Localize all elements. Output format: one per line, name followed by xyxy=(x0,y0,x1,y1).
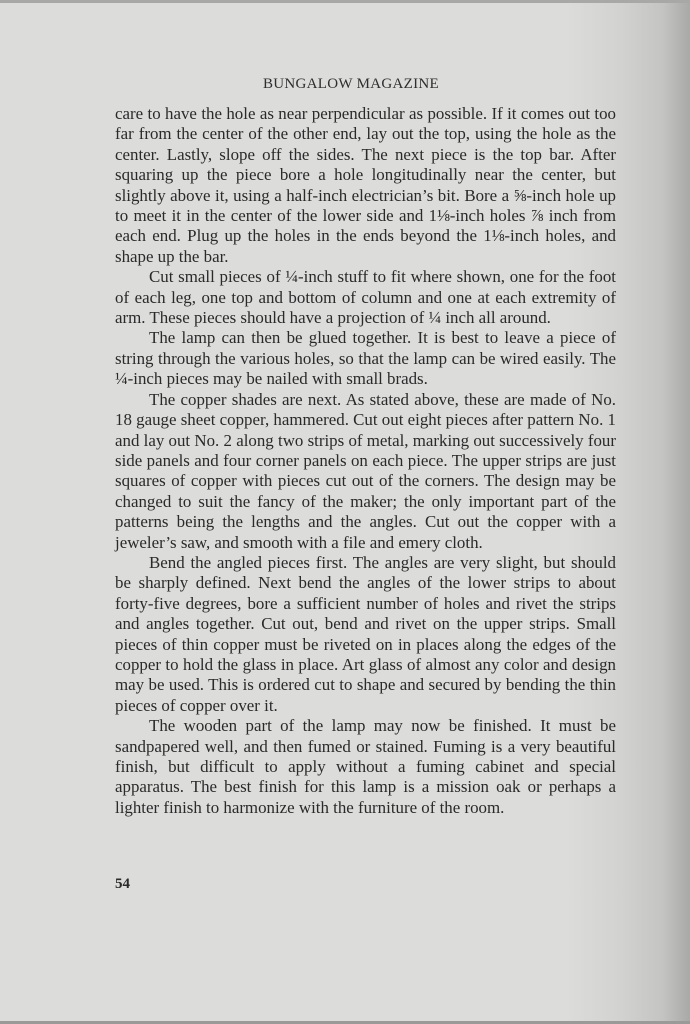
paragraph: The lamp can then be glued together. It … xyxy=(115,328,616,389)
paragraph: Bend the angled pieces first. The angles… xyxy=(115,553,616,716)
paragraph: care to have the hole as near perpendicu… xyxy=(115,104,616,267)
page-number: 54 xyxy=(115,876,130,893)
article-body: care to have the hole as near perpendicu… xyxy=(115,104,616,818)
running-head: BUNGALOW MAGAZINE xyxy=(0,76,690,93)
page-top-edge xyxy=(0,0,690,3)
paragraph: The wooden part of the lamp may now be f… xyxy=(115,716,616,818)
paragraph: The copper shades are next. As stated ab… xyxy=(115,390,616,553)
paragraph: Cut small pieces of ¼-inch stuff to fit … xyxy=(115,267,616,328)
scanned-page: BUNGALOW MAGAZINE care to have the hole … xyxy=(0,0,690,1024)
